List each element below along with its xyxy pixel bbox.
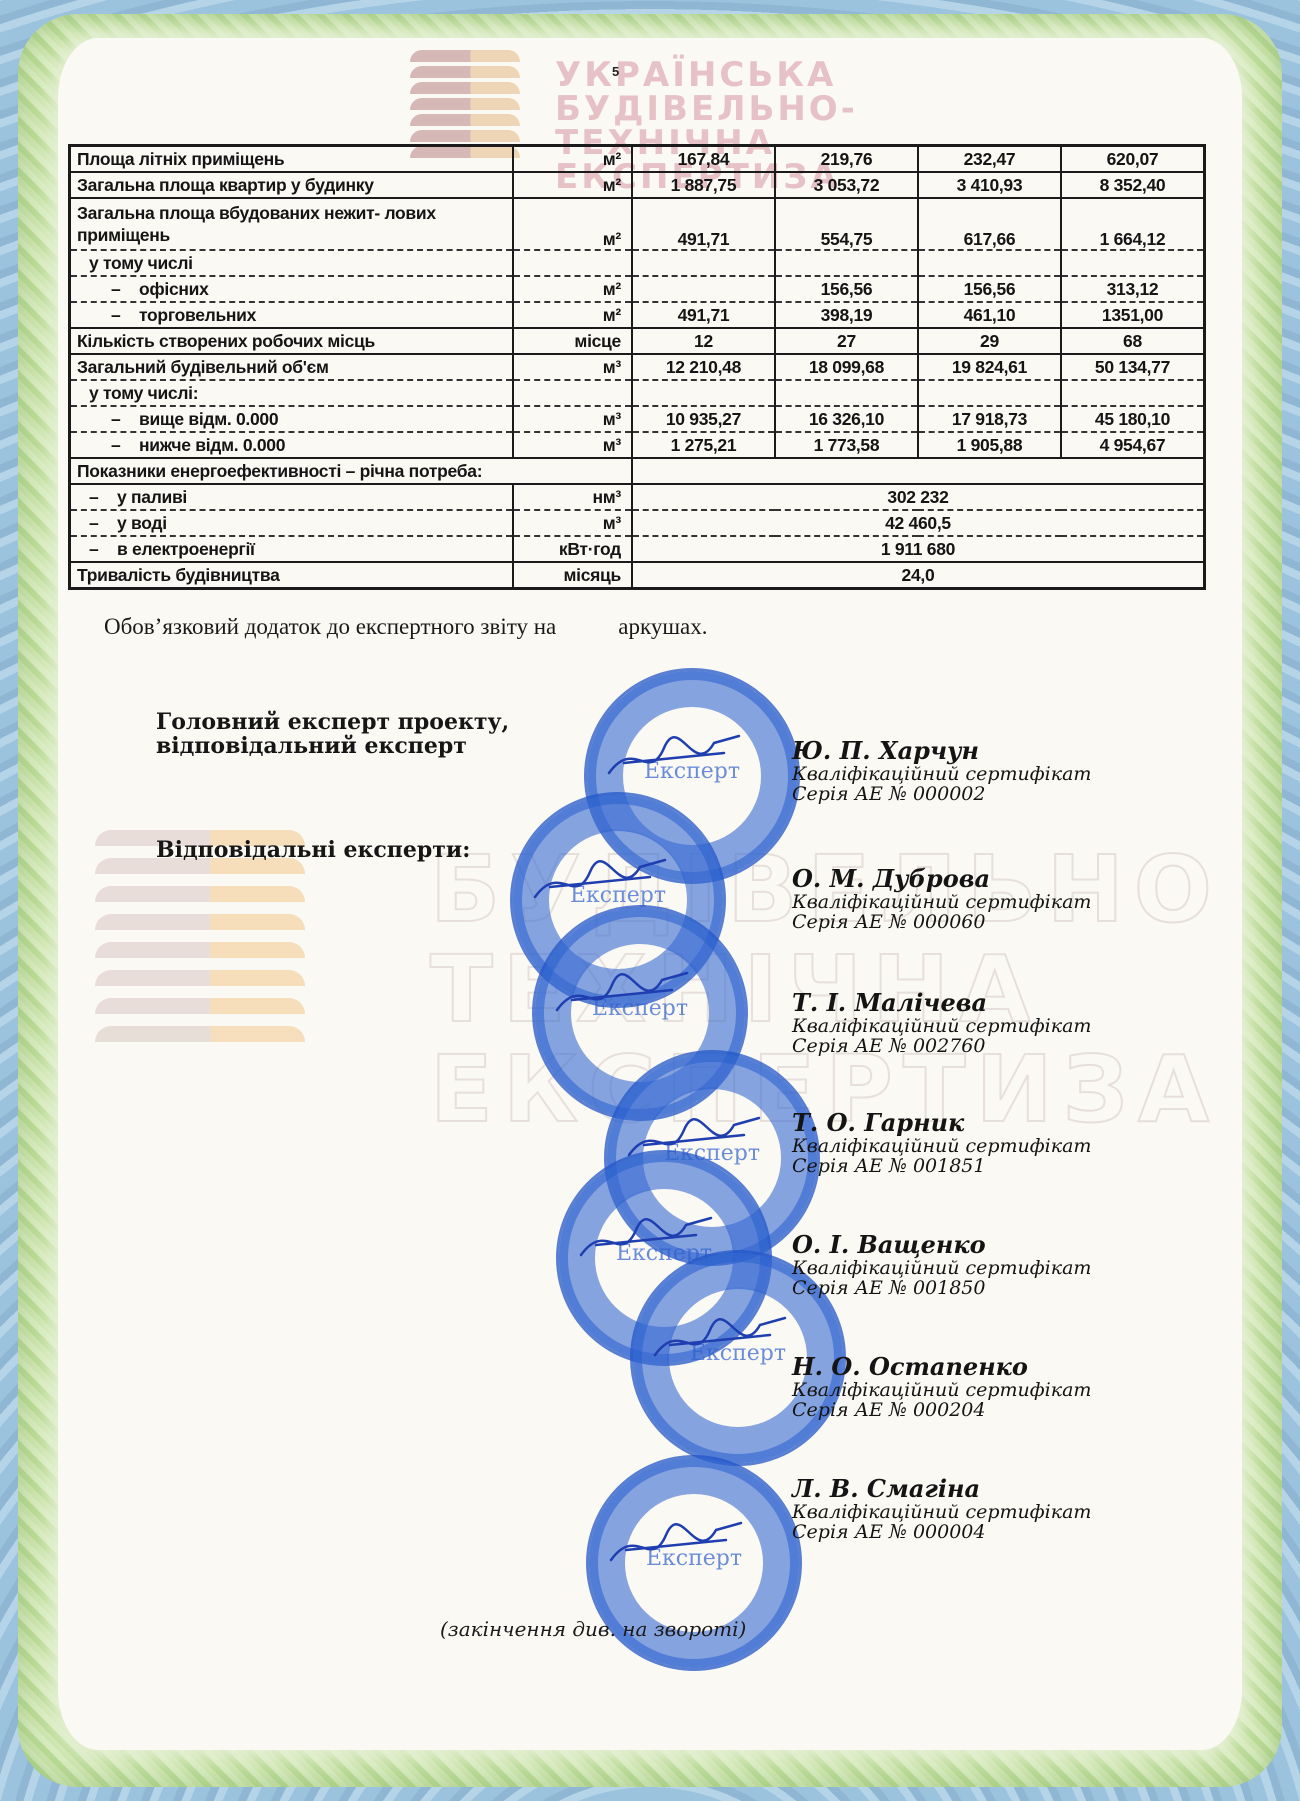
expert-entry: Т. І. МалічеваКваліфікаційний сертифікат… (792, 990, 1091, 1056)
row-value (632, 380, 775, 406)
table-row: –офіснихм²156,56156,56313,12 (70, 276, 1205, 302)
row-unit: м² (513, 146, 632, 173)
annex-text-before: Обов’язковий додаток до експертного звіт… (104, 614, 556, 639)
table-row: Кількість створених робочих місцьмісце12… (70, 328, 1205, 354)
signature-icon (552, 965, 692, 1025)
watermark-large-arcs (95, 830, 305, 1130)
row-unit (513, 250, 632, 276)
expert-certificate: Кваліфікаційний сертифікат (792, 1380, 1091, 1400)
expert-name: О. І. Ващенко (792, 1232, 1091, 1258)
row-value: 4 954,67 (1061, 432, 1205, 458)
row-label: –нижче відм. 0.000 (70, 432, 514, 458)
row-value: 1 773,58 (775, 432, 918, 458)
row-value: 1 911 680 (632, 536, 1205, 562)
expert-certificate: Кваліфікаційний сертифікат (792, 892, 1091, 912)
page-number: 5 (612, 64, 619, 79)
row-value: 1 887,75 (632, 172, 775, 198)
row-label: –вище відм. 0.000 (70, 406, 514, 432)
table-row: –вище відм. 0.000м³10 935,2716 326,1017 … (70, 406, 1205, 432)
expert-entry: Н. О. ОстапенкоКваліфікаційний сертифіка… (792, 1354, 1091, 1420)
row-unit: місяць (513, 562, 632, 589)
responsible-experts-role: Відповідальні експерти: (156, 838, 470, 862)
building-indicators-table: Площа літніх приміщеньм²167,84219,76232,… (68, 144, 1206, 590)
row-value: 461,10 (918, 302, 1061, 328)
row-unit: м² (513, 302, 632, 328)
row-unit: м³ (513, 406, 632, 432)
row-unit: місце (513, 328, 632, 354)
expert-certificate: Кваліфікаційний сертифікат (792, 1016, 1091, 1036)
mandatory-annex-note: Обов’язковий додаток до експертного звіт… (104, 614, 708, 640)
row-unit: м² (513, 198, 632, 250)
row-label: у тому числі (70, 250, 514, 276)
row-label: Площа літніх приміщень (70, 146, 514, 173)
row-unit: м³ (513, 510, 632, 536)
energy-header-label: Показники енергоефективності – річна пот… (70, 458, 632, 484)
expert-certificate-series: Серія АЕ № 000002 (792, 784, 1091, 804)
table-row: Загальний будівельний об'ємм³12 210,4818… (70, 354, 1205, 380)
row-value: 16 326,10 (775, 406, 918, 432)
expert-name: Т. І. Малічева (792, 990, 1091, 1016)
row-unit: м² (513, 172, 632, 198)
row-value: 554,75 (775, 198, 918, 250)
table-row: Загальна площа квартир у будинкум²1 887,… (70, 172, 1205, 198)
row-label: Загальний будівельний об'єм (70, 354, 514, 380)
expert-entry: Т. О. ГарникКваліфікаційний сертифікатСе… (792, 1110, 1091, 1176)
row-value (1061, 250, 1205, 276)
signature-icon (606, 1515, 746, 1575)
expert-entry: О. М. ДуброваКваліфікаційний сертифікатС… (792, 866, 1091, 932)
row-unit: нм³ (513, 484, 632, 510)
row-label: Тривалість будівництва (70, 562, 514, 589)
row-value: 302 232 (632, 484, 1205, 510)
expert-certificate: Кваліфікаційний сертифікат (792, 1502, 1091, 1522)
expert-entry: О. І. ВащенкоКваліфікаційний сертифікатС… (792, 1232, 1091, 1298)
continuation-note: (закінчення див. на звороті) (440, 1617, 746, 1641)
row-value: 42 460,5 (632, 510, 1205, 536)
expert-name: О. М. Дуброва (792, 866, 1091, 892)
row-value: 50 134,77 (1061, 354, 1205, 380)
row-label: Кількість створених робочих місць (70, 328, 514, 354)
table-row: –нижче відм. 0.000м³1 275,211 773,581 90… (70, 432, 1205, 458)
row-unit: м² (513, 276, 632, 302)
energy-row: –в електроенергіїкВт·год1 911 680 (70, 536, 1205, 562)
expert-name: Ю. П. Харчун (792, 738, 1091, 764)
row-value: 491,71 (632, 198, 775, 250)
energy-row: –у водім³42 460,5 (70, 510, 1205, 536)
expert-entry: Л. В. СмагінаКваліфікаційний сертифікатС… (792, 1476, 1091, 1542)
expert-name: Н. О. Остапенко (792, 1354, 1091, 1380)
row-value: 1351,00 (1061, 302, 1205, 328)
expert-name: Л. В. Смагіна (792, 1476, 1091, 1502)
row-label: –у паливі (70, 484, 514, 510)
row-value (1061, 380, 1205, 406)
row-value: 1 905,88 (918, 432, 1061, 458)
row-value: 3 410,93 (918, 172, 1061, 198)
table-row: у тому числі: (70, 380, 1205, 406)
table-row: Загальна площа вбудованих нежит- лових п… (70, 198, 1205, 250)
table-row: Площа літніх приміщеньм²167,84219,76232,… (70, 146, 1205, 173)
row-value: 156,56 (775, 276, 918, 302)
row-value: 398,19 (775, 302, 918, 328)
row-value: 12 (632, 328, 775, 354)
row-value (918, 250, 1061, 276)
row-value: 491,71 (632, 302, 775, 328)
expert-certificate-series: Серія АЕ № 000004 (792, 1522, 1091, 1542)
row-value: 313,12 (1061, 276, 1205, 302)
row-unit: м³ (513, 354, 632, 380)
expert-name: Т. О. Гарник (792, 1110, 1091, 1136)
row-label: –у воді (70, 510, 514, 536)
expert-certificate-series: Серія АЕ № 002760 (792, 1036, 1091, 1056)
row-value (632, 250, 775, 276)
duration-row: Тривалість будівництвамісяць24,0 (70, 562, 1205, 589)
row-unit: кВт·год (513, 536, 632, 562)
row-value: 45 180,10 (1061, 406, 1205, 432)
row-value: 617,66 (918, 198, 1061, 250)
row-value: 68 (1061, 328, 1205, 354)
row-value (775, 380, 918, 406)
row-label: –в електроенергії (70, 536, 514, 562)
expert-certificate-series: Серія АЕ № 001851 (792, 1156, 1091, 1176)
row-label: –торговельних (70, 302, 514, 328)
row-value: 232,47 (918, 146, 1061, 173)
row-value: 167,84 (632, 146, 775, 173)
row-value (918, 380, 1061, 406)
row-label: у тому числі: (70, 380, 514, 406)
row-value (632, 276, 775, 302)
signature-icon (604, 728, 744, 788)
row-value: 10 935,27 (632, 406, 775, 432)
signature-icon (530, 852, 670, 912)
row-value: 27 (775, 328, 918, 354)
row-label: Загальна площа вбудованих нежит- лових п… (70, 198, 514, 250)
chief-expert-role: Головний експерт проекту, відповідальний… (156, 710, 509, 758)
row-value: 156,56 (918, 276, 1061, 302)
expert-entry: Ю. П. ХарчунКваліфікаційний сертифікатСе… (792, 738, 1091, 804)
expert-certificate: Кваліфікаційний сертифікат (792, 1136, 1091, 1156)
annex-text-after: аркушах. (618, 614, 707, 639)
signature-icon (650, 1310, 790, 1370)
row-unit: м³ (513, 432, 632, 458)
expert-certificate-series: Серія АЕ № 000060 (792, 912, 1091, 932)
energy-header-row: Показники енергоефективності – річна пот… (70, 458, 1205, 484)
row-value: 29 (918, 328, 1061, 354)
row-value: 24,0 (632, 562, 1205, 589)
row-unit (513, 380, 632, 406)
expert-certificate: Кваліфікаційний сертифікат (792, 1258, 1091, 1278)
energy-row: –у паливінм³302 232 (70, 484, 1205, 510)
row-value: 17 918,73 (918, 406, 1061, 432)
row-value: 12 210,48 (632, 354, 775, 380)
row-value: 1 664,12 (1061, 198, 1205, 250)
row-value (775, 250, 918, 276)
row-value: 3 053,72 (775, 172, 918, 198)
row-label: Загальна площа квартир у будинку (70, 172, 514, 198)
row-label: –офісних (70, 276, 514, 302)
row-value: 219,76 (775, 146, 918, 173)
table-row: у тому числі (70, 250, 1205, 276)
row-value: 1 275,21 (632, 432, 775, 458)
row-value: 8 352,40 (1061, 172, 1205, 198)
table-row: –торговельнихм²491,71398,19461,101351,00 (70, 302, 1205, 328)
expert-certificate-series: Серія АЕ № 001850 (792, 1278, 1091, 1298)
expert-certificate-series: Серія АЕ № 000204 (792, 1400, 1091, 1420)
expert-certificate: Кваліфікаційний сертифікат (792, 764, 1091, 784)
row-value: 620,07 (1061, 146, 1205, 173)
row-value: 19 824,61 (918, 354, 1061, 380)
row-value: 18 099,68 (775, 354, 918, 380)
